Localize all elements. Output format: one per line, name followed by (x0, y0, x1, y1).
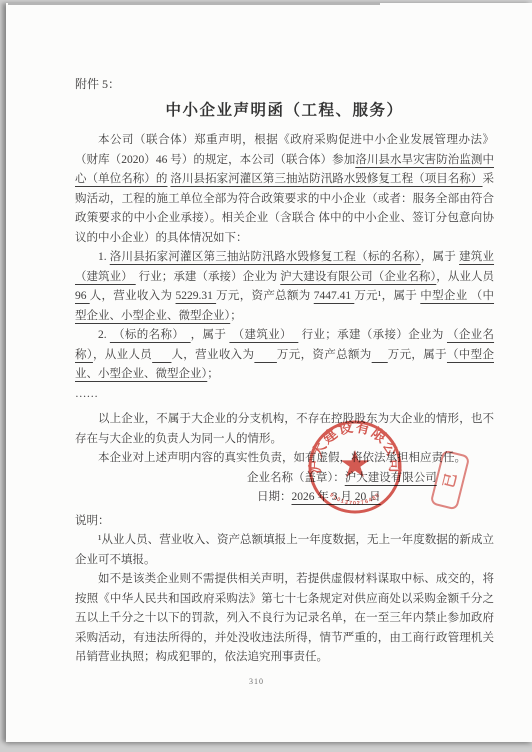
underlined-field-value (254, 349, 277, 361)
underlined-field-value: 5229.31 (176, 290, 217, 302)
document-page: 附件 5： 中小企业声明函（工程、服务） 本公司（联合体）郑重声明，根据《政府采… (6, 3, 532, 742)
text-segment: 1. (98, 251, 110, 263)
ellipsis-line: …… (75, 385, 494, 405)
seal-star-icon (341, 450, 370, 477)
item-1-paragraph: 1. 洛川县拓家河灌区第三抽站防汛路水毁修复工程（标的名称），属于 建筑业（建筑… (75, 248, 494, 326)
text-segment: ，从业人员 (436, 271, 497, 283)
text-segment: 人，营业收入为 (171, 349, 254, 361)
underlined-field-value: 沪大建设有限公司（企业名称） (280, 271, 436, 283)
underlined-field-value: 洛川县拓家河灌区第三抽站防汛路水毁修复工程（标的名称） (110, 251, 421, 263)
text-segment: ，属于 (191, 329, 230, 341)
text-segment: 万元，资产总额为 (216, 290, 314, 302)
text-segment: ； (230, 310, 242, 322)
underlined-field-value: 7447.41 (314, 290, 355, 302)
text-segment: 行业；承建（承接）企业为 (136, 271, 281, 283)
text-segment: ； (207, 368, 219, 380)
company-seal-stamp: 沪大建设有限公司 9101370276480 (300, 412, 410, 522)
text-segment: 2. (98, 329, 110, 341)
footnote-1: ¹从业人员、营业收入、资产总额填报上一年度数据，无上一年度数据的新成立企业可不填… (75, 531, 494, 570)
underlined-field-value: 96 (75, 290, 90, 302)
notes-label: 说明： (75, 512, 494, 532)
text-segment: 行业；承建（承接）企业为 (298, 329, 447, 341)
text-segment: 万元，属于 (388, 349, 447, 361)
item-2-paragraph: 2. （标的名称） ，属于 （建筑业） 行业；承建（承接）企业为 （企业名称），… (75, 326, 494, 385)
svg-text:9101370276480: 9101370276480 (328, 492, 381, 507)
penalty-clause: 如不是该类企业则不需提供相关声明，若提供虚假材料谋取中标、成交的，将按照《中华人… (75, 570, 494, 668)
underlined-field-value (152, 349, 171, 361)
declaration-paragraph: 本公司（联合体）郑重声明，根据《政府采购促进中小企业发展管理办法》（财库（202… (75, 131, 494, 248)
truthfulness-clause: 本企业对上述声明内容的真实性负责，如有虚假，将依法承担相应责任。 (75, 449, 494, 469)
document-title: 中小企业声明函（工程、服务） (75, 100, 494, 122)
text-segment: 万元¹，属于 (354, 290, 420, 302)
underlined-field-value: 洛川县拓家河灌区第三抽站防汛路水毁修复工程（项目名称） (170, 173, 482, 185)
underlined-field-value (372, 349, 388, 361)
text-segment: 人，营业收入为 (90, 290, 176, 302)
underlined-field-value: （标的名称） (110, 329, 191, 341)
date-label: 日期： (257, 491, 292, 503)
text-segment: 万元，资产总额为 (277, 349, 372, 361)
attachment-label: 附件 5： (75, 74, 494, 94)
page-number: 310 (75, 677, 494, 686)
underlined-field-value: （建筑业） (229, 329, 298, 341)
text-segment: ，属于 (421, 251, 459, 263)
seal-registration-code: 9101370276480 (328, 492, 381, 507)
no-big-company-clause: 以上企业，不属于大企业的分支机构，不存在控股股东为大企业的情形，也不存在与大企业… (75, 410, 494, 449)
seal-fragment-glyph: 已 (438, 470, 462, 490)
text-segment: ，从业人员 (93, 349, 152, 361)
